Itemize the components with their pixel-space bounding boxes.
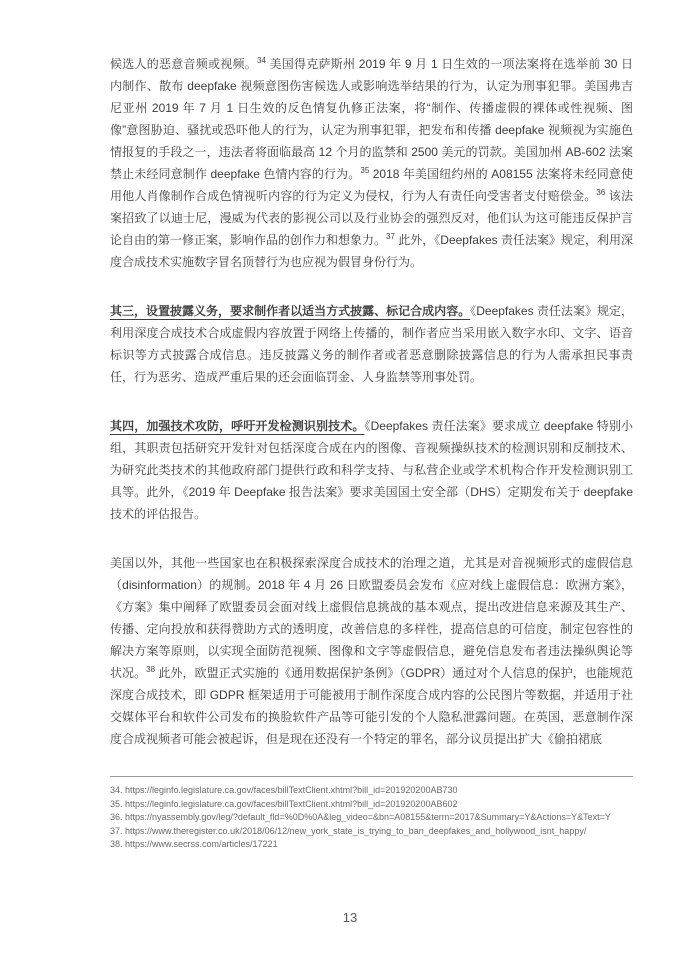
footnote-link[interactable]: https://www.theregister.co.uk/2018/06/12… xyxy=(125,826,586,836)
footnotes: 34. https://leginfo.legislature.ca.gov/f… xyxy=(110,784,650,852)
footnote-number: 37. xyxy=(110,826,125,836)
footnote-marker: 36 xyxy=(596,188,605,197)
paragraph-text: 此外，欧盟正式实施的《通用数据保护条例》（GDPR）通过对个人信息的保护，也能规… xyxy=(110,666,633,746)
document-body: 候选人的恶意音频或视频。34 美国得克萨斯州 2019 年 9 月 1 日生效的… xyxy=(110,53,633,750)
footnote-link[interactable]: https://leginfo.legislature.ca.gov/faces… xyxy=(125,785,457,795)
footnote-link[interactable]: https://nyassembly.gov/leg/?default_fld=… xyxy=(125,812,611,822)
footnote-divider xyxy=(110,776,633,777)
footnote-number: 34. xyxy=(110,785,125,795)
footnote-marker: 38 xyxy=(146,665,155,674)
footnote-item: 34. https://leginfo.legislature.ca.gov/f… xyxy=(110,784,650,798)
paragraph-lead: 其三，设置披露义务，要求制作者以适当方式披露、标记合成内容。 xyxy=(110,304,470,318)
paragraph-text: 候选人的恶意音频或视频。 xyxy=(110,57,257,71)
document-page: 候选人的恶意音频或视频。34 美国得克萨斯州 2019 年 9 月 1 日生效的… xyxy=(0,0,700,980)
footnote-item: 38. https://www.secrss.com/articles/1722… xyxy=(110,838,650,852)
footnote-marker: 34 xyxy=(257,56,266,65)
footnote-item: 35. https://leginfo.legislature.ca.gov/f… xyxy=(110,798,650,812)
footnote-item: 37. https://www.theregister.co.uk/2018/0… xyxy=(110,825,650,839)
footnote-number: 36. xyxy=(110,812,125,822)
page-number: 13 xyxy=(0,910,700,925)
paragraph-text: 美国得克萨斯州 2019 年 9 月 1 日生效的一项法案将在选举前 30 日内… xyxy=(110,57,633,181)
footnote-link[interactable]: https://leginfo.legislature.ca.gov/faces… xyxy=(125,799,457,809)
paragraph: 其四，加强技术攻防，呼吁开发检测识别技术。《Deepfakes 责任法案》要求成… xyxy=(110,415,633,525)
footnote-number: 35. xyxy=(110,799,125,809)
paragraph: 候选人的恶意音频或视频。34 美国得克萨斯州 2019 年 9 月 1 日生效的… xyxy=(110,53,633,273)
paragraph-lead: 其四，加强技术攻防，呼吁开发检测识别技术。 xyxy=(110,419,364,433)
footnote-marker: 37 xyxy=(386,232,395,241)
footnote-link[interactable]: https://www.secrss.com/articles/17221 xyxy=(125,839,278,849)
paragraph: 美国以外，其他一些国家也在积极探索深度合成技术的治理之道，尤其是对音视频形式的虚… xyxy=(110,552,633,750)
paragraph-text: 美国以外，其他一些国家也在积极探索深度合成技术的治理之道，尤其是对音视频形式的虚… xyxy=(110,556,633,680)
footnote-marker: 35 xyxy=(360,166,369,175)
paragraph: 其三，设置披露义务，要求制作者以适当方式披露、标记合成内容。《Deepfakes… xyxy=(110,300,633,388)
footnote-number: 38. xyxy=(110,839,125,849)
paragraph-text: 《Deepfakes 责任法案》要求成立 deepfake 特别小组，其职责包括… xyxy=(110,419,633,521)
footnote-item: 36. https://nyassembly.gov/leg/?default_… xyxy=(110,811,650,825)
